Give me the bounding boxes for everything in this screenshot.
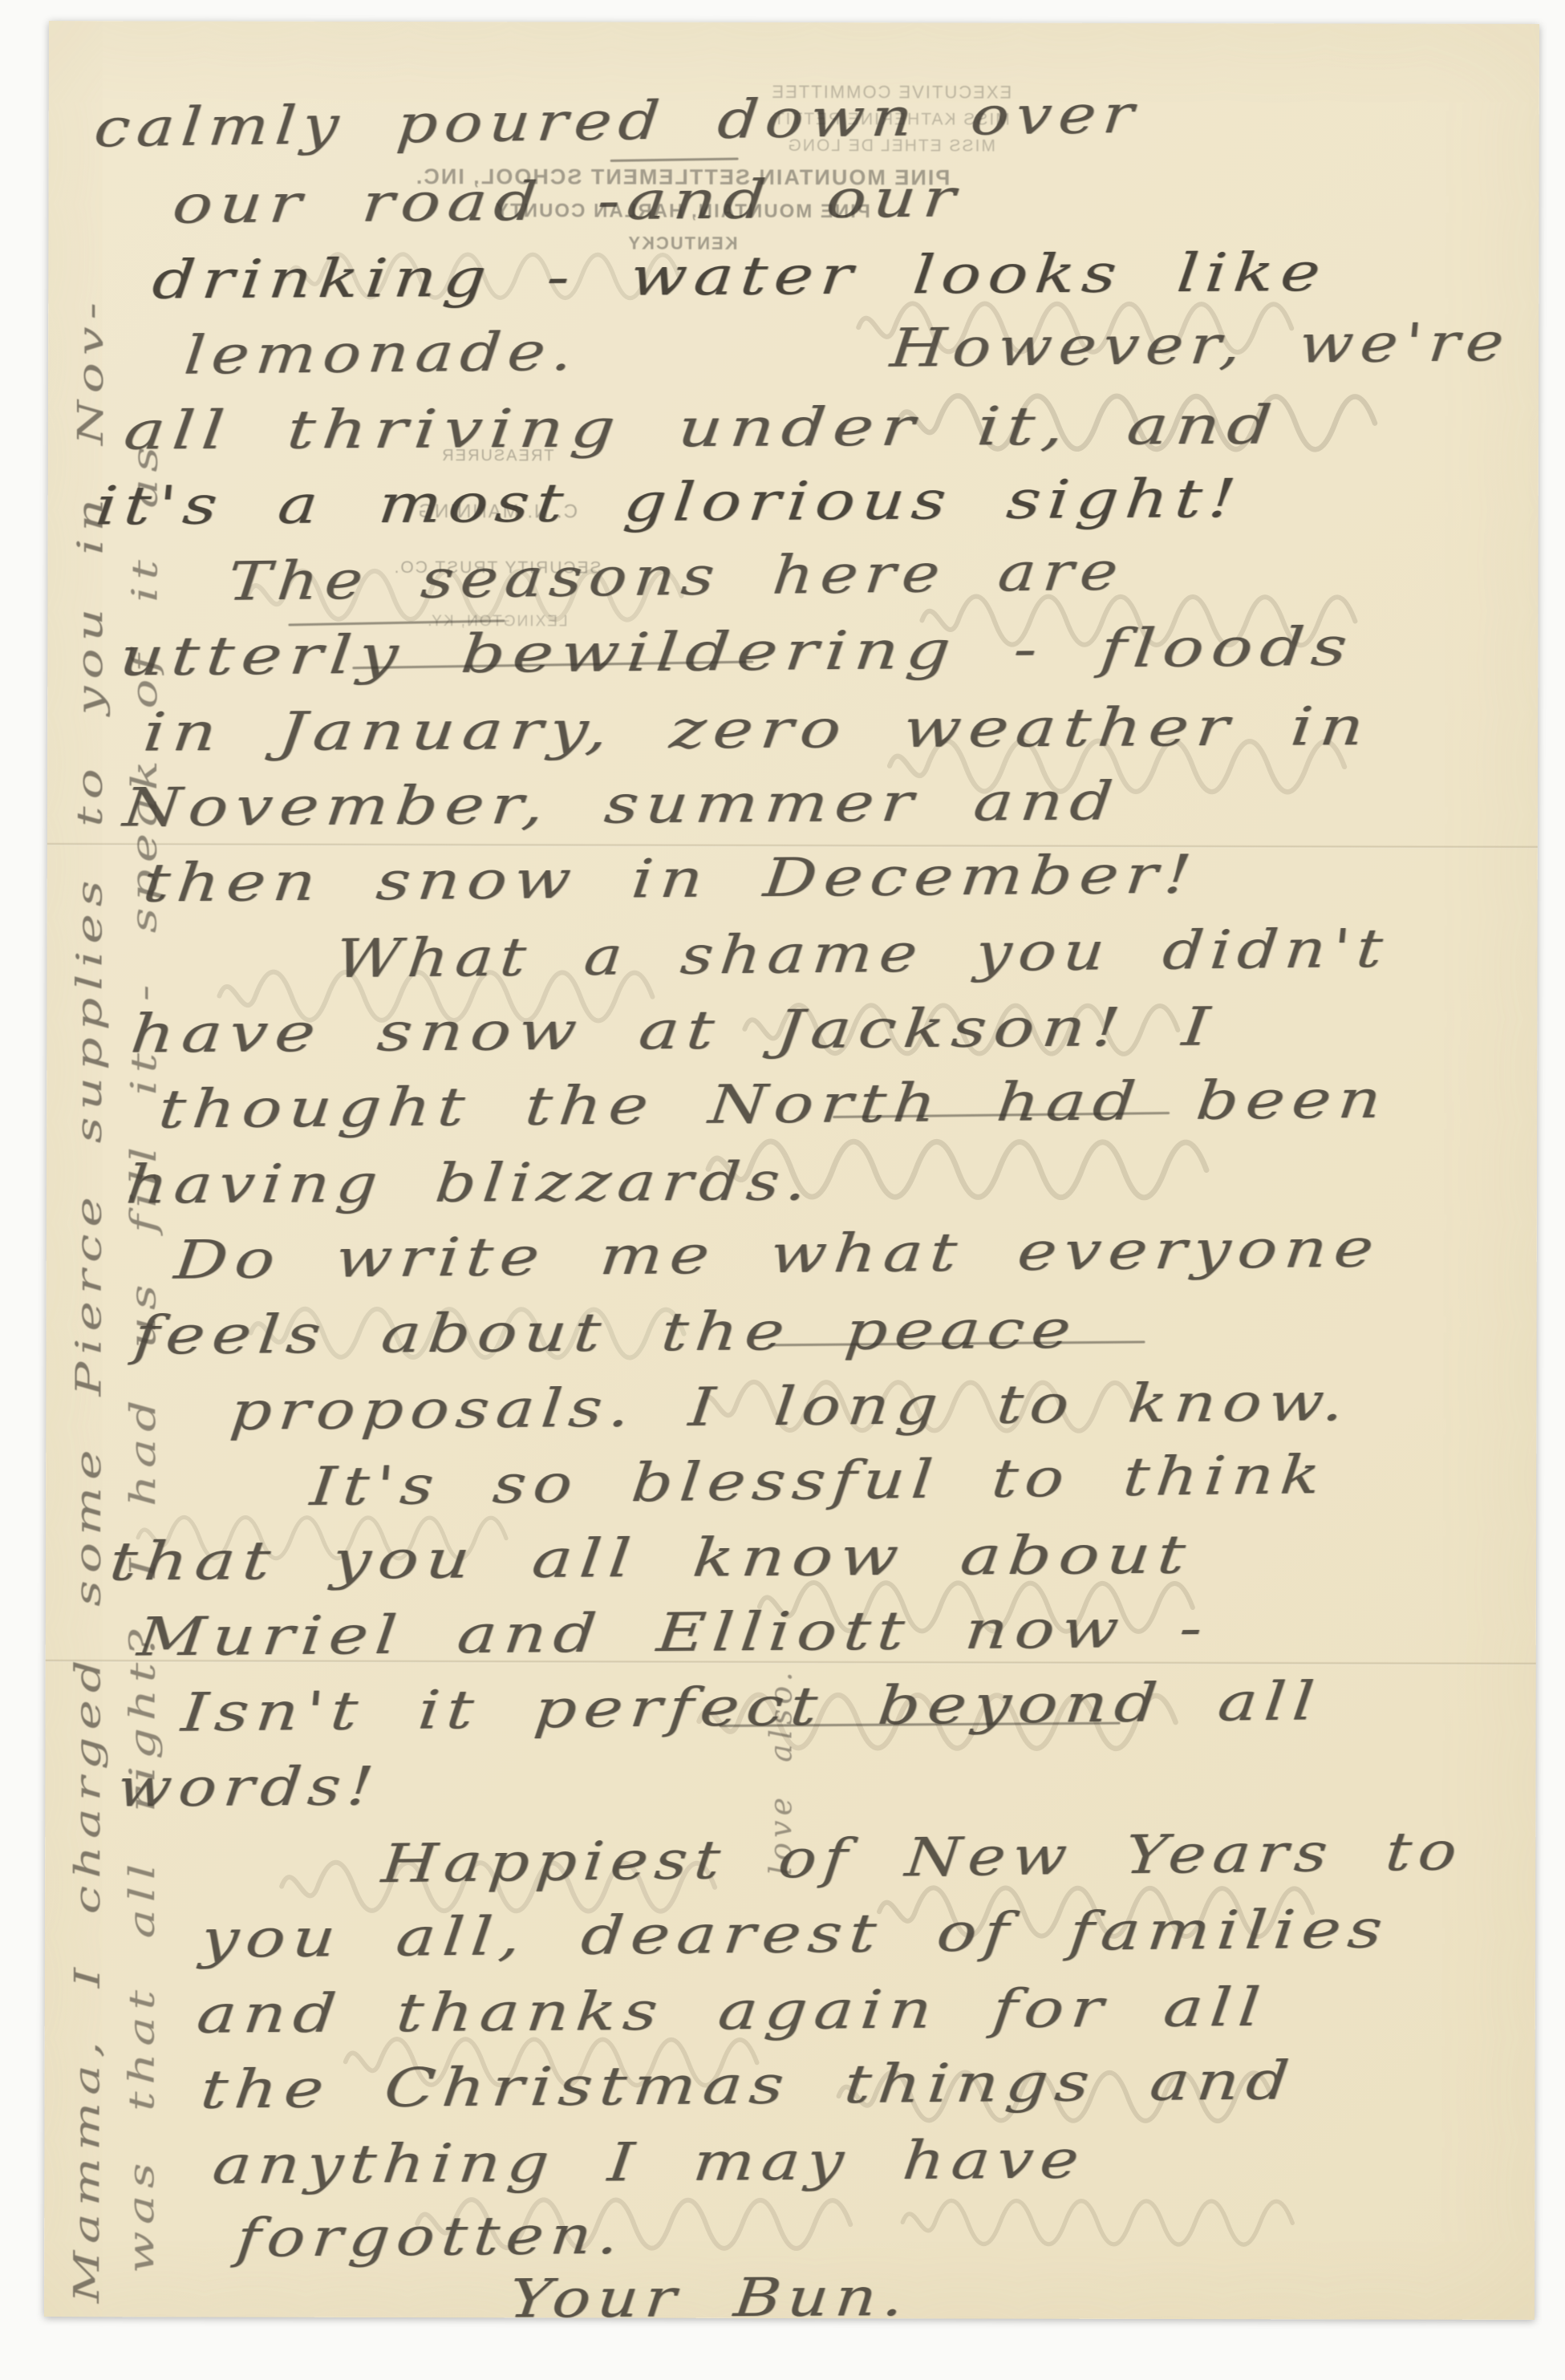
handwritten-line: forgotten. bbox=[233, 2204, 627, 2269]
handwritten-line: What a shame you didn't bbox=[333, 917, 1392, 989]
handwritten-line: it's a most glorious sight! bbox=[93, 468, 1246, 537]
handwritten-line: that you all know about bbox=[107, 1523, 1195, 1592]
handwritten-line: and thanks again for all bbox=[194, 1977, 1270, 2046]
handwritten-line: Muriel and Elliott now - bbox=[135, 1597, 1212, 1668]
scan-canvas: { "colors": { "paper": "#efe5c9", "ink":… bbox=[0, 0, 1565, 2380]
handwritten-line: Your Bun. bbox=[506, 2266, 913, 2329]
side-note: love also. bbox=[763, 1635, 799, 1875]
handwritten-line: you all, dearest of families bbox=[198, 1898, 1392, 1969]
handwritten-line: The seasons here are bbox=[225, 540, 1127, 612]
handwritten-line: proposals. I long to know. bbox=[228, 1371, 1354, 1442]
handwritten-line: feels about the peace bbox=[132, 1298, 1080, 1366]
handwritten-line: thought the North had been bbox=[156, 1068, 1390, 1140]
handwritten-line: anything I may have bbox=[210, 2128, 1089, 2196]
margin-note-line: Mamma, I charged some Pierce supplies to… bbox=[67, 0, 114, 2303]
handwritten-line: It's so blessful to think bbox=[308, 1444, 1330, 1518]
handwritten-line: Do write me what everyone bbox=[172, 1217, 1383, 1291]
handwritten-line: having blizzards. bbox=[124, 1150, 816, 1215]
handwritten-line: November, summer and bbox=[120, 770, 1122, 838]
handwritten-line: our road -and our bbox=[170, 167, 965, 235]
handwritten-line: the Christmas things and bbox=[198, 2050, 1299, 2120]
handwritten-line: in January, zero weather in bbox=[140, 695, 1373, 764]
handwritten-line: all thriving under it, and bbox=[121, 394, 1282, 461]
letter-page: EXECUTIVE COMMITTEE MISS KATHERINE PETTI… bbox=[44, 21, 1539, 2320]
handwritten-line: then snow in December! bbox=[140, 843, 1201, 914]
handwritten-line: Happiest of New Years to bbox=[379, 1820, 1466, 1895]
margin-note-line: was that all right? I had us fill it - s… bbox=[121, 0, 168, 2273]
handwritten-line: drinking - water looks like bbox=[150, 241, 1331, 311]
handwritten-line: have snow at Jackson! I bbox=[128, 995, 1220, 1064]
handwritten-line: utterly bewildering - floods bbox=[117, 615, 1357, 687]
handwritten-line: Isn't it perfect beyond all bbox=[179, 1670, 1324, 1743]
